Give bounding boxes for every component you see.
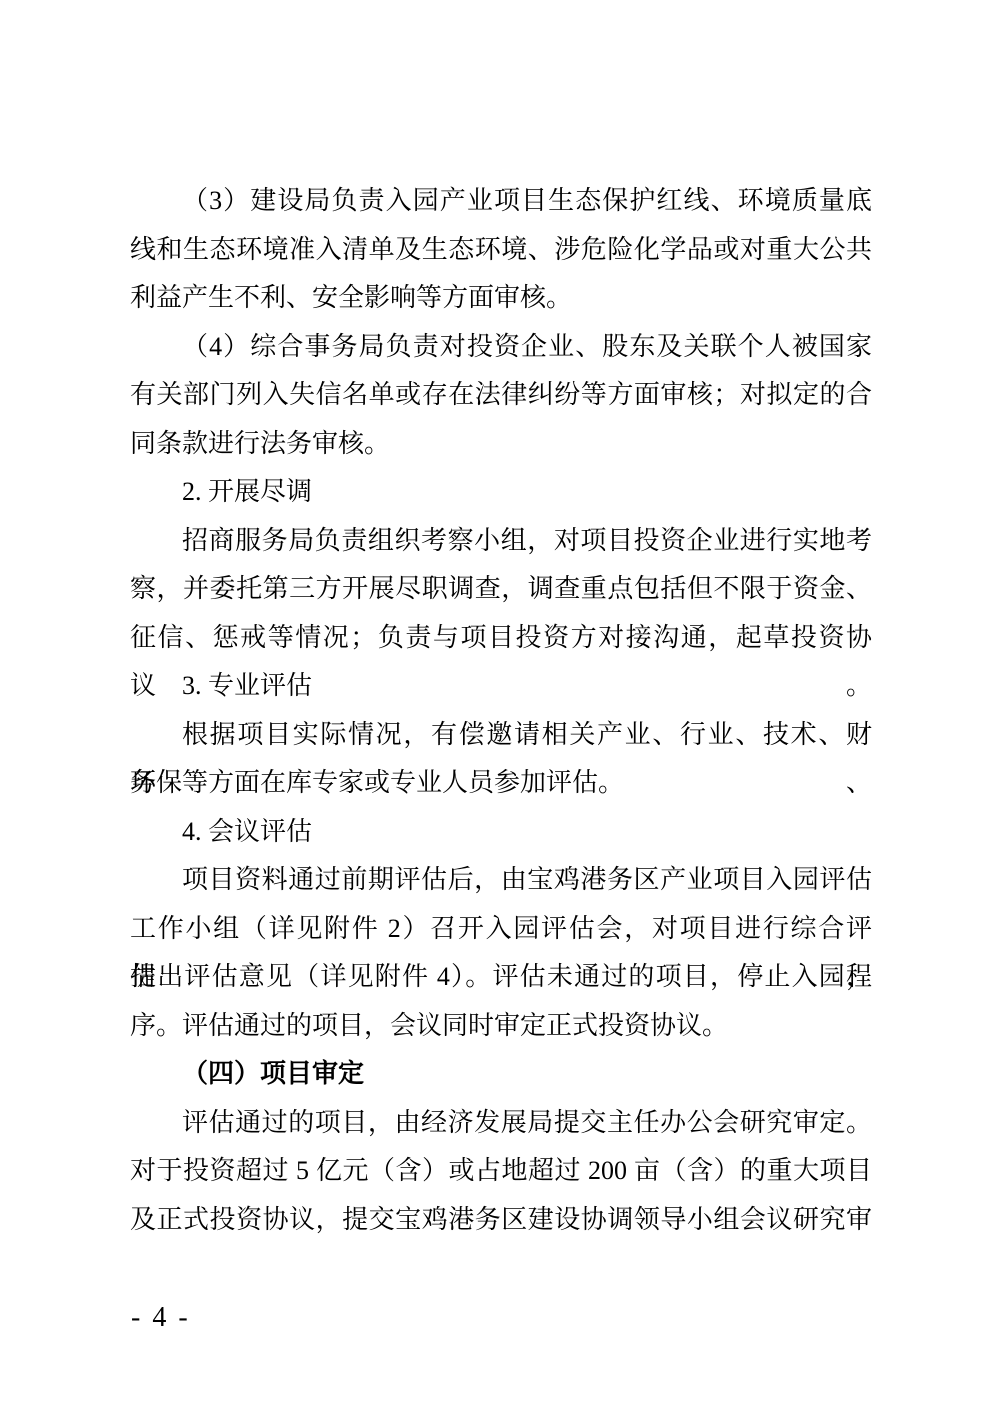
text-line: 有关部门列入失信名单或存在法律纠纷等方面审核；对拟定的合 xyxy=(130,371,872,420)
text-line: （3）建设局负责入园产业项目生态保护红线、环境质量底 xyxy=(130,177,872,226)
text-line: （4）综合事务局负责对投资企业、股东及关联个人被国家 xyxy=(130,323,872,372)
page-number: - 4 - xyxy=(131,1302,190,1334)
document-page: （3）建设局负责入园产业项目生态保护红线、环境质量底线和生态环境准入清单及生态环… xyxy=(0,0,992,1403)
text-line: 同条款进行法务审核。 xyxy=(130,420,872,469)
text-line: 线和生态环境准入清单及生态环境、涉危险化学品或对重大公共 xyxy=(130,226,872,275)
text-line: 及正式投资协议，提交宝鸡港务区建设协调领导小组会议研究审 xyxy=(130,1196,872,1245)
text-line: 评估通过的项目，由经济发展局提交主任办公会研究审定。 xyxy=(130,1099,872,1148)
text-line: 征信、惩戒等情况；负责与项目投资方对接沟通，起草投资协议。 xyxy=(130,614,872,663)
text-line: 4. 会议评估 xyxy=(130,808,872,857)
document-body: （3）建设局负责入园产业项目生态保护红线、环境质量底线和生态环境准入清单及生态环… xyxy=(130,177,872,1244)
text-line: 察，并委托第三方开展尽职调查，调查重点包括但不限于资金、 xyxy=(130,565,872,614)
text-line: 项目资料通过前期评估后，由宝鸡港务区产业项目入园评估 xyxy=(130,856,872,905)
text-line: 对于投资超过 5 亿元（含）或占地超过 200 亩（含）的重大项目 xyxy=(130,1147,872,1196)
text-line: 工作小组（详见附件 2）召开入园评估会，对项目进行综合评估， xyxy=(130,905,872,954)
text-line: 序。评估通过的项目，会议同时审定正式投资协议。 xyxy=(130,1002,872,1051)
text-line: 招商服务局负责组织考察小组，对项目投资企业进行实地考 xyxy=(130,517,872,566)
text-line: 根据项目实际情况，有偿邀请相关产业、行业、技术、财务、 xyxy=(130,711,872,760)
text-line: 提出评估意见（详见附件 4）。评估未通过的项目，停止入园程 xyxy=(130,953,872,1002)
text-line: 利益产生不利、安全影响等方面审核。 xyxy=(130,274,872,323)
text-line: 2. 开展尽调 xyxy=(130,468,872,517)
section-heading: （四）项目审定 xyxy=(130,1050,872,1099)
